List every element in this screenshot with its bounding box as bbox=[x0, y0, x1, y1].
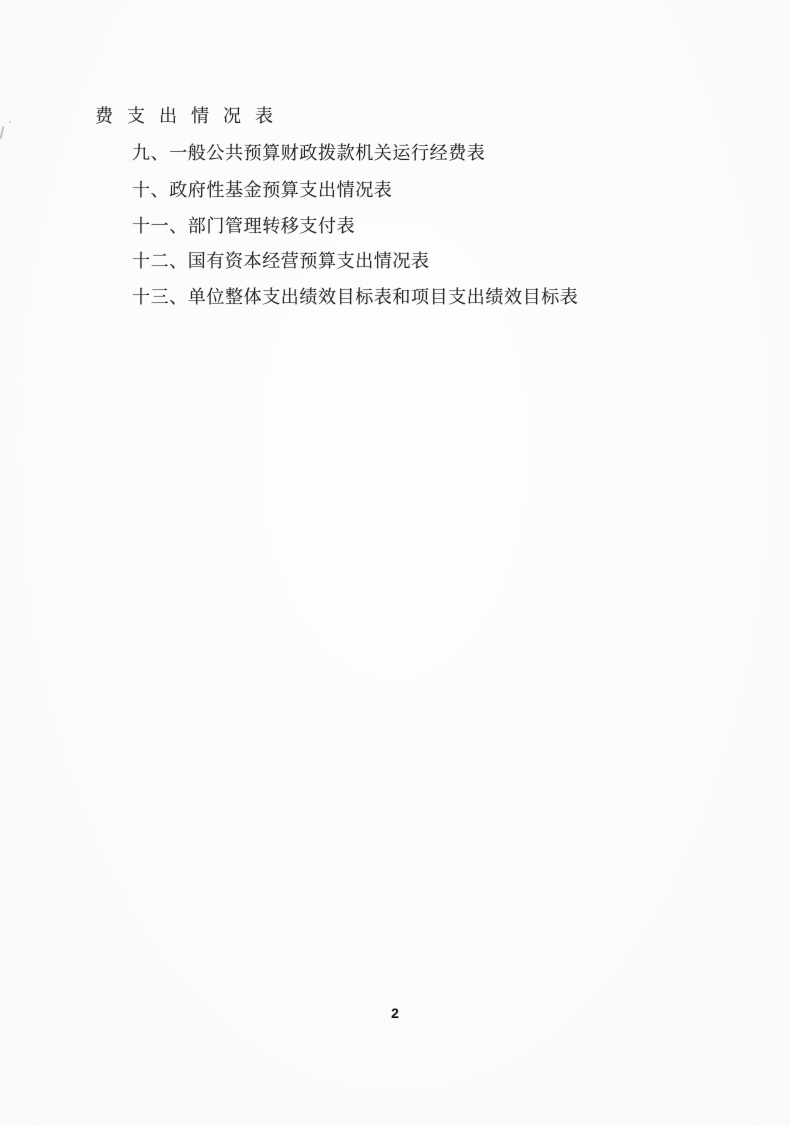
continuation-line: 费支出情况表 bbox=[95, 107, 287, 125]
document-page: 费支出情况表 九、一般公共预算财政拨款机关运行经费表 十、政府性基金预算支出情况… bbox=[0, 0, 790, 1125]
toc-item-11: 十一、部门管理转移支付表 bbox=[132, 217, 355, 235]
scan-artifact-left-edge bbox=[0, 126, 4, 139]
scan-artifact-speck bbox=[9, 121, 11, 123]
toc-item-9: 九、一般公共预算财政拨款机关运行经费表 bbox=[132, 144, 485, 162]
toc-item-12: 十二、国有资本经营预算支出情况表 bbox=[132, 252, 430, 270]
toc-item-13: 十三、单位整体支出绩效目标表和项目支出绩效目标表 bbox=[132, 288, 578, 306]
toc-item-10: 十、政府性基金预算支出情况表 bbox=[132, 181, 392, 199]
page-number: 2 bbox=[0, 1006, 790, 1020]
